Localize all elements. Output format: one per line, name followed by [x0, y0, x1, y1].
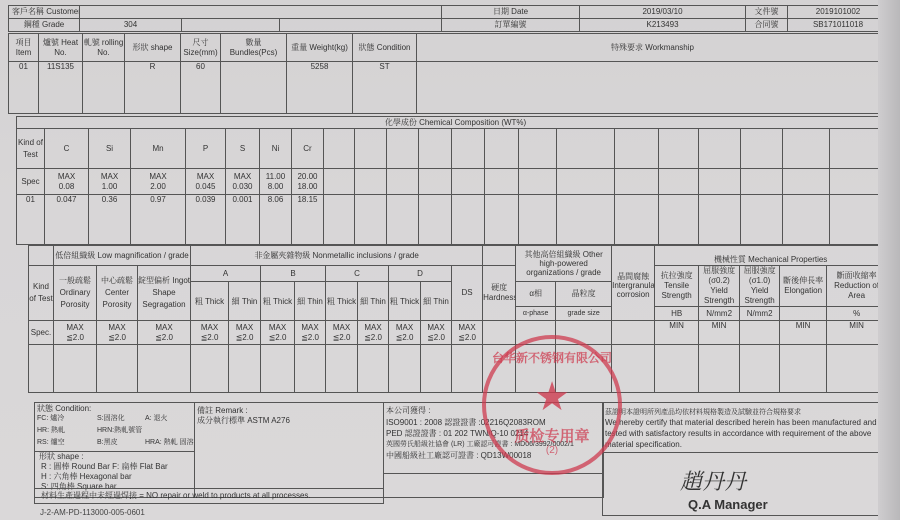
group-a: A: [191, 266, 261, 282]
blank-cell: [741, 129, 783, 169]
blank-cell: [419, 195, 452, 245]
condition-code: A: 退火: [145, 413, 192, 425]
blank-cell: [612, 321, 655, 345]
element-header: Mn: [131, 129, 186, 169]
blank-cell: [387, 129, 419, 169]
blank-cell: [355, 195, 387, 245]
spec-max: MAX: [295, 323, 325, 333]
condition-code: B:黑皮: [97, 437, 145, 449]
blank-cell: [699, 345, 740, 393]
thin-label: 細 Thin: [229, 282, 261, 321]
spec-cell: MAX≦2.0: [358, 321, 389, 345]
blank-cell: [452, 129, 485, 169]
result-cell: 0.36: [89, 195, 131, 245]
blank-cell: [699, 195, 741, 245]
blank-cell: [740, 321, 780, 345]
spec-cell: MAX≦2.0: [421, 321, 452, 345]
blank-cell: [97, 345, 138, 393]
blank-cell: [557, 169, 615, 195]
blank-cell: [557, 129, 615, 169]
condition-code: RS: 爐空: [37, 437, 97, 449]
other-title: 其他高倍組織級 Other high-powered organizations…: [516, 246, 612, 282]
kind-of-test-label: Kind of Test: [17, 129, 45, 169]
blank-cell: [615, 195, 659, 245]
spec-limit: ≦2.0: [97, 333, 137, 343]
col-rolling-no: 軋號 rolling No.: [83, 34, 125, 62]
thick-label: 粗 Thick: [191, 282, 229, 321]
spec-cell: MAX≦2.0: [452, 321, 483, 345]
col-heat-no: 爐號 Heat No.: [39, 34, 83, 62]
spec-bottom: 0.08: [45, 182, 88, 192]
ds-label: DS: [452, 266, 483, 321]
spec-bottom: 1.00: [89, 182, 130, 192]
table-row: 010.0470.360.970.0390.0018.0618.15: [17, 195, 895, 245]
date-value: 2019/03/10: [580, 6, 746, 19]
blank-cell: [138, 345, 191, 393]
thin-label: 細 Thin: [358, 282, 389, 321]
result-cell: 0.001: [226, 195, 260, 245]
spec-limit: ≦2.0: [452, 333, 482, 343]
date-label: 日期 Date: [442, 6, 580, 19]
col-workmanship: 特殊要求 Workmanship: [417, 34, 889, 62]
spec-cell: 11.008.00: [260, 169, 292, 195]
spec-cell: MAX≦2.0: [97, 321, 138, 345]
spec-cell: MAX≦2.0: [229, 321, 261, 345]
chemical-table: 化學成份 Chemical Composition (WT%) Kind of …: [16, 116, 895, 245]
spec-max: MAX: [421, 323, 451, 333]
spec-label: Spec: [17, 169, 45, 195]
spec-bottom: 8.00: [260, 182, 291, 192]
blank-cell: [741, 195, 783, 245]
grade-label: 鋼種 Grade: [9, 19, 80, 32]
element-header: Si: [89, 129, 131, 169]
blank-cell: [452, 195, 485, 245]
blank-cell: [485, 195, 519, 245]
yield02-unit: N/mm2: [740, 307, 780, 321]
spec-limit: ≦2.0: [295, 333, 325, 343]
element-header: Ni: [260, 129, 292, 169]
blank-cell: [387, 169, 419, 195]
certification-en: We hereby certify that material describe…: [605, 417, 885, 450]
alpha-label: α相: [516, 282, 556, 307]
spec-cell: MAX≦2.0: [191, 321, 229, 345]
rolling-no-cell: [83, 62, 125, 114]
spec-limit: ≦2.0: [326, 333, 357, 343]
customer-label: 客戶名稱 Customer: [9, 6, 80, 19]
condition-code: HR: 熱軋: [37, 425, 97, 437]
blank-cell: [519, 129, 557, 169]
elongation-label: 斷後伸長率 Elongation: [780, 266, 827, 307]
element-header: S: [226, 129, 260, 169]
spec-limit: ≦2.0: [229, 333, 260, 343]
ingot-segregation-label: 錠型偏析 Ingot Shape Segragation: [138, 266, 191, 321]
col-size: 尺寸 Size(mm): [181, 34, 221, 62]
spec-bottom: 0.045: [186, 182, 225, 192]
spec-min: MIN: [699, 321, 740, 345]
condition-row: HR: 熱軋HRN:熱軋號管: [37, 425, 192, 437]
spec-cell: 20.0018.00: [292, 169, 324, 195]
thick-label: 粗 Thick: [326, 282, 358, 321]
no-repair-text: 材料生產過程中未經過焊接 = NO repair or weld to prod…: [41, 490, 311, 502]
spec-cell: MAX≦2.0: [389, 321, 421, 345]
col-weight: 重量 Weight(kg): [287, 34, 353, 62]
blank-cell: [326, 345, 358, 393]
heat-no-cell: 11S135: [39, 62, 83, 114]
blank-cell: [54, 345, 97, 393]
spec-bottom: 18.00: [292, 182, 323, 192]
condition-code: HRN:熱軋號管: [97, 425, 145, 437]
spec-max: MAX: [191, 323, 228, 333]
spec-max: MAX: [326, 323, 357, 333]
spec-cell: MAX0.030: [226, 169, 260, 195]
mech-title: 機械性質 Mechanical Properties: [655, 246, 887, 266]
blank-cell: [699, 169, 741, 195]
result-cell: 0.97: [131, 195, 186, 245]
qa-manager-label: Q.A Manager: [688, 497, 768, 512]
blank-cell: [655, 345, 699, 393]
thin-label: 細 Thin: [421, 282, 452, 321]
nonmetallic-title: 非金屬夾雜物級 Nonmetallic inclusions / grade: [191, 246, 483, 266]
blank-cell: [557, 195, 615, 245]
spec-limit: ≦2.0: [191, 333, 228, 343]
shape-cell: R: [125, 62, 181, 114]
spec-limit: ≦2.0: [421, 333, 451, 343]
result-cell: 0.039: [186, 195, 226, 245]
blank-cell: [419, 129, 452, 169]
spec-limit: ≦2.0: [138, 333, 190, 343]
spec-cell: MAX≦2.0: [261, 321, 295, 345]
spec-top: MAX: [186, 172, 225, 182]
spec-min: MIN: [780, 321, 827, 345]
spec-cell: MAX2.00: [131, 169, 186, 195]
col-bundles: 數量 Bundles(Pcs): [221, 34, 287, 62]
condition-code: [145, 425, 192, 437]
item-cell: 01: [9, 62, 39, 114]
spec-min: MIN: [655, 321, 699, 345]
blank-cell: [615, 169, 659, 195]
thick-label: 粗 Thick: [261, 282, 295, 321]
blank-cell: [324, 195, 355, 245]
col-shape: 形狀 shape: [125, 34, 181, 62]
spec-max: MAX: [261, 323, 294, 333]
spec-top: MAX: [89, 172, 130, 182]
remark-box: 備註 Remark : 成分執行標準 ASTM A276: [194, 402, 384, 498]
spec-cell: MAX1.00: [89, 169, 131, 195]
blank-cell: [452, 169, 485, 195]
spec-cell: MAX≦2.0: [326, 321, 358, 345]
col-condition: 狀態 Condition: [353, 34, 417, 62]
document-code: J-2-AM-PD-113000-005-0601: [40, 508, 145, 517]
blank-cell: [659, 169, 699, 195]
header-table: 客戶名稱 Customer 日期 Date 2019/03/10 文件號 201…: [8, 5, 889, 32]
kind-of-test-label: Kind of Test: [29, 266, 54, 321]
tensile-label: 抗拉強度 Tensile Strength: [655, 266, 699, 307]
blank-cell: [452, 345, 483, 393]
blank-cell: [485, 169, 519, 195]
result-label: 01: [17, 195, 45, 245]
chemical-title: 化學成份 Chemical Composition (WT%): [17, 117, 895, 129]
spec-label: Spec.: [29, 321, 54, 345]
blank-cell: [324, 129, 355, 169]
group-d: D: [389, 266, 452, 282]
blank-cell: [191, 345, 229, 393]
result-cell: 0.047: [45, 195, 89, 245]
spec-max: MAX: [229, 323, 260, 333]
blank-cell: [29, 246, 54, 266]
workmanship-cell: [417, 62, 889, 114]
spec-top: MAX: [131, 172, 185, 182]
star-icon: ★: [486, 377, 618, 417]
hardness-unit: HB: [655, 307, 699, 321]
spec-max: MAX: [452, 323, 482, 333]
result-cell: 18.15: [292, 195, 324, 245]
spec-bottom: 0.030: [226, 182, 259, 192]
doc-value: 2019101002: [788, 6, 889, 19]
alpha-sub: α-phase: [516, 307, 556, 321]
blank-cell: [780, 345, 827, 393]
condition-code: FC: 爐冷: [37, 413, 97, 425]
spec-limit: ≦2.0: [389, 333, 420, 343]
company-seal: 台华新不锈钢有限公司 ★ 质检专用章 (2): [482, 335, 622, 475]
yield02-label: 屈服強度 (σ0.2) Yield Strength: [699, 266, 740, 307]
ordinary-porosity-label: 一般疏鬆 Ordinary Porosity: [54, 266, 97, 321]
seal-number: (2): [486, 445, 618, 456]
element-header: Cr: [292, 129, 324, 169]
center-porosity-label: 中心疏鬆 Center Porosity: [97, 266, 138, 321]
tensile-unit: N/mm2: [699, 307, 740, 321]
blank-cell: [182, 19, 280, 32]
remark-text: 成分執行標準 ASTM A276: [197, 415, 290, 427]
blank-cell: [659, 129, 699, 169]
grain-sub: grade size: [556, 307, 612, 321]
blank-cell: [355, 129, 387, 169]
customer-value: [80, 6, 442, 19]
blank-cell: [483, 321, 516, 345]
spec-max: MAX: [138, 323, 190, 333]
condition-box: 狀態 Condition: FC: 爐冷S:固溶化A: 退火HR: 熱軋HRN:…: [34, 402, 195, 498]
items-table: 項目 Item 爐號 Heat No. 軋號 rolling No. 形狀 sh…: [8, 33, 889, 114]
spec-limit: ≦2.0: [358, 333, 388, 343]
inspection-table: 低倍組織級 Low magnification / grade 非金屬夾雜物級 …: [28, 245, 887, 393]
blank-cell: [780, 307, 827, 321]
spec-cell: MAX≦2.0: [54, 321, 97, 345]
order-label: 訂單編號: [442, 19, 580, 32]
blank-cell: [358, 345, 389, 393]
blank-cell: [295, 345, 326, 393]
condition-code: S:固溶化: [97, 413, 145, 425]
blank-cell: [280, 19, 442, 32]
grain-label: 晶粒度: [556, 282, 612, 307]
order-value: K213493: [580, 19, 746, 32]
blank-cell: [741, 169, 783, 195]
group-b: B: [261, 266, 326, 282]
blank-cell: [387, 195, 419, 245]
spec-max: MAX: [97, 323, 137, 333]
blank-cell: [740, 345, 780, 393]
no-repair-box: 材料生產過程中未經過焊接 = NO repair or weld to prod…: [34, 488, 384, 504]
spec-cell: MAX≦2.0: [295, 321, 326, 345]
signature: 趙丹丹: [680, 465, 746, 496]
doc-label: 文件號: [746, 6, 788, 19]
contract-label: 合同號: [746, 19, 788, 32]
group-c: C: [326, 266, 389, 282]
blank-cell: [783, 129, 830, 169]
spec-top: MAX: [45, 172, 88, 182]
condition-row: FC: 爐冷S:固溶化A: 退火: [37, 413, 192, 425]
blank-cell: [659, 195, 699, 245]
grade-value: 304: [80, 19, 182, 32]
seal-bottom-text: 质检专用章: [486, 425, 618, 446]
element-header: P: [186, 129, 226, 169]
monitor-edge: [878, 0, 900, 520]
blank-cell: [519, 195, 557, 245]
element-header: C: [45, 129, 89, 169]
blank-cell: [519, 169, 557, 195]
contract-value: SB171011018: [788, 19, 889, 32]
spec-limit: ≦2.0: [54, 333, 96, 343]
blank-cell: [615, 129, 659, 169]
bundles-cell: [221, 62, 287, 114]
blank-cell: [29, 345, 54, 393]
blank-cell: [483, 246, 516, 266]
spec-limit: ≦2.0: [261, 333, 294, 343]
blank-cell: [699, 129, 741, 169]
result-cell: 8.06: [260, 195, 292, 245]
blank-cell: [261, 345, 295, 393]
thick-label: 粗 Thick: [389, 282, 421, 321]
weight-cell: 5258: [287, 62, 353, 114]
thin-label: 細 Thin: [295, 282, 326, 321]
seal-top-text: 台华新不锈钢有限公司: [486, 349, 618, 366]
spec-top: 20.00: [292, 172, 323, 182]
certs-title: 本公司獲得 :: [386, 405, 430, 417]
col-item: 項目 Item: [9, 34, 39, 62]
condition-row: RS: 爐空B:黑皮HRA: 熱軋 固溶: [37, 437, 192, 449]
hardness-label: 硬度 Hardness: [483, 266, 516, 321]
blank-cell: [421, 345, 452, 393]
spec-top: MAX: [226, 172, 259, 182]
blank-cell: [229, 345, 261, 393]
table-row: 01 11S135 R 60 5258 ST: [9, 62, 889, 114]
spec-max: MAX: [54, 323, 96, 333]
spec-top: 11.00: [260, 172, 291, 182]
blank-cell: [419, 169, 452, 195]
blank-cell: [355, 169, 387, 195]
condition-codes: FC: 爐冷S:固溶化A: 退火HR: 熱軋HRN:熱軋號管RS: 爐空B:黑皮…: [37, 413, 192, 449]
yield10-label: 屈服強度 (σ1.0) Yield Strength: [740, 266, 780, 307]
blank-cell: [783, 169, 830, 195]
spec-bottom: 2.00: [131, 182, 185, 192]
condition-code: HRA: 熱軋 固溶: [145, 437, 192, 449]
spec-max: MAX: [358, 323, 388, 333]
blank-cell: [485, 129, 519, 169]
low-mag-title: 低倍組織級 Low magnification / grade: [54, 246, 191, 266]
intergranular-label: 晶間腐蝕 Intergranular corrosion: [612, 246, 655, 321]
condition-cell: ST: [353, 62, 417, 114]
spec-cell: MAX0.08: [45, 169, 89, 195]
spec-cell: MAX0.045: [186, 169, 226, 195]
blank-cell: [389, 345, 421, 393]
spec-cell: MAX≦2.0: [138, 321, 191, 345]
spec-max: MAX: [389, 323, 420, 333]
blank-cell: [783, 195, 830, 245]
blank-cell: [324, 169, 355, 195]
size-cell: 60: [181, 62, 221, 114]
